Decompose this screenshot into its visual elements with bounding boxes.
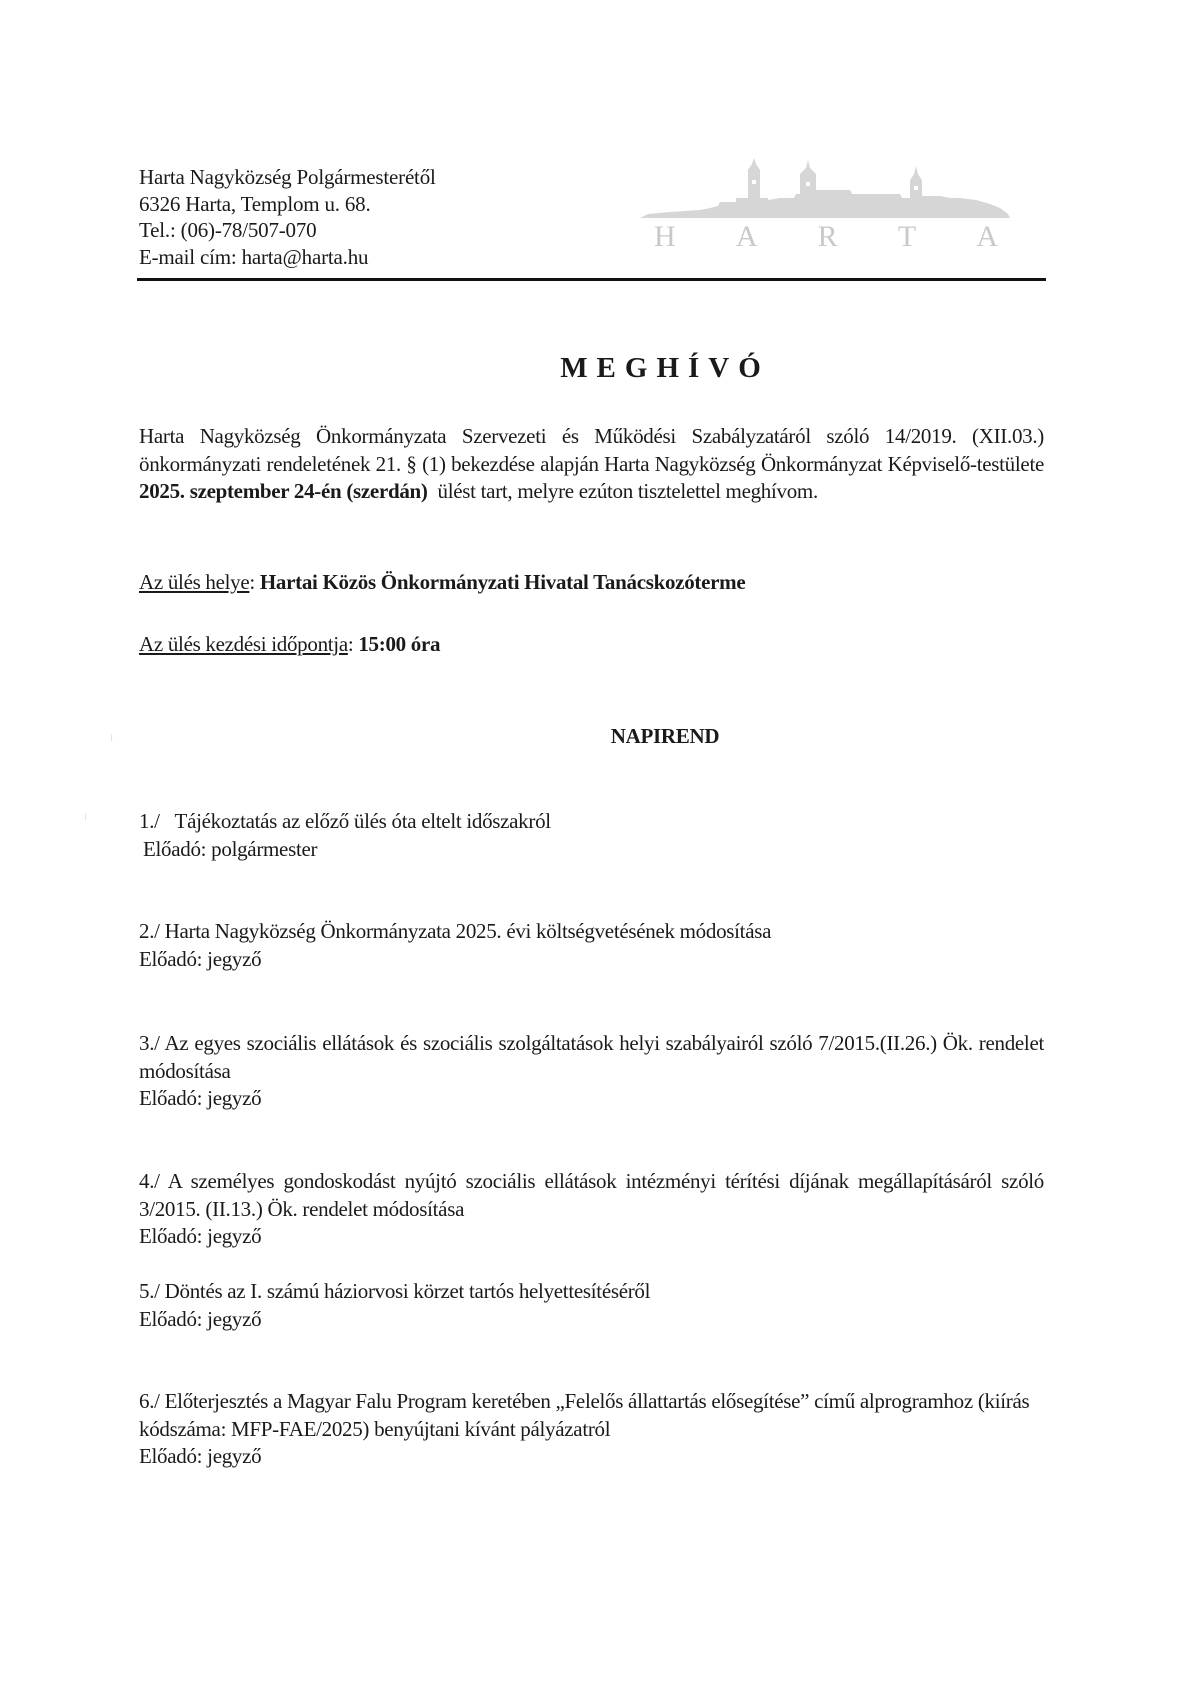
town-skyline-icon: [640, 158, 1010, 220]
agenda-item-text: A személyes gondoskodást nyújtó szociáli…: [139, 1169, 1044, 1221]
scan-artifact: ⁞: [84, 812, 87, 823]
address-line: 6326 Harta, Templom u. 68.: [139, 191, 436, 218]
document-page: Harta Nagyközség Polgármesterétől 6326 H…: [0, 0, 1190, 1682]
agenda-item-presenter: Előadó: jegyző: [139, 1085, 1044, 1113]
letterhead: Harta Nagyközség Polgármesterétől 6326 H…: [139, 164, 436, 270]
meeting-date: 2025. szeptember 24-én (szerdán): [139, 479, 428, 503]
agenda-item: 3./ Az egyes szociális ellátások és szoc…: [139, 1030, 1044, 1113]
venue-value: Hartai Közös Önkormányzati Hivatal Tanác…: [260, 570, 745, 594]
scan-artifact: ⁞: [110, 733, 113, 744]
agenda-title: NAPIREND: [0, 724, 1190, 749]
email-line: E-mail cím: harta@harta.hu: [139, 244, 436, 271]
agenda-item-text: Döntés az I. számú háziorvosi körzet tar…: [165, 1279, 651, 1303]
intro-paragraph: Harta Nagyközség Önkormányzata Szervezet…: [139, 423, 1044, 506]
sender-line: Harta Nagyközség Polgármesterétől: [139, 164, 436, 191]
logo-letter: H: [654, 220, 676, 254]
agenda-item-number: 1./: [139, 809, 160, 833]
agenda-item-number: 2./: [139, 919, 160, 943]
agenda-item-text: Előterjesztés a Magyar Falu Program kere…: [139, 1389, 1029, 1441]
logo-letter: T: [898, 220, 916, 254]
agenda-item: 5./ Döntés az I. számú háziorvosi körzet…: [139, 1278, 1044, 1333]
logo-letter: R: [818, 220, 838, 254]
venue-line: Az ülés helye: Hartai Közös Önkormányzat…: [139, 570, 745, 595]
start-time-value: 15:00 óra: [358, 632, 440, 656]
document-title: MEGHÍVÓ: [0, 352, 1190, 385]
agenda-item-presenter: Előadó: jegyző: [139, 1306, 1044, 1334]
start-time-line: Az ülés kezdési időpontja: 15:00 óra: [139, 632, 440, 657]
phone-line: Tel.: (06)-78/507-070: [139, 217, 436, 244]
agenda-item-presenter: Előadó: jegyző: [139, 1223, 1044, 1251]
harta-logo: H A R T A: [640, 158, 1010, 258]
intro-text-end: ülést tart, melyre ezúton tisztelettel m…: [428, 479, 818, 503]
agenda-item: 6./ Előterjesztés a Magyar Falu Program …: [139, 1388, 1044, 1471]
agenda-item-number: 3./: [139, 1031, 160, 1055]
agenda-item-text: Harta Nagyközség Önkormányzata 2025. évi…: [165, 919, 772, 943]
agenda-item-number: 6./: [139, 1389, 160, 1413]
start-time-label: Az ülés kezdési időpontja: [139, 632, 348, 656]
header-divider: [137, 278, 1046, 281]
agenda-item-presenter: Előadó: jegyző: [139, 1443, 1044, 1471]
agenda-item-text: Az egyes szociális ellátások és szociáli…: [139, 1031, 1044, 1083]
logo-wordmark: H A R T A: [640, 220, 1010, 254]
logo-letter: A: [736, 220, 758, 254]
agenda-item-presenter: Előadó: polgármester: [139, 836, 1044, 864]
venue-label: Az ülés helye: [139, 570, 249, 594]
intro-text: Harta Nagyközség Önkormányzata Szervezet…: [139, 424, 1044, 476]
agenda-item: 1./ Tájékoztatás az előző ülés óta eltel…: [139, 808, 1044, 863]
agenda-item-number: 5./: [139, 1279, 160, 1303]
agenda-item: 4./ A személyes gondoskodást nyújtó szoc…: [139, 1168, 1044, 1251]
agenda-item-number: 4./: [139, 1169, 160, 1193]
logo-letter: A: [976, 220, 998, 254]
agenda-item-text: Tájékoztatás az előző ülés óta eltelt id…: [175, 809, 551, 833]
agenda-item-presenter: Előadó: jegyző: [139, 946, 1044, 974]
agenda-item: 2./ Harta Nagyközség Önkormányzata 2025.…: [139, 918, 1044, 973]
